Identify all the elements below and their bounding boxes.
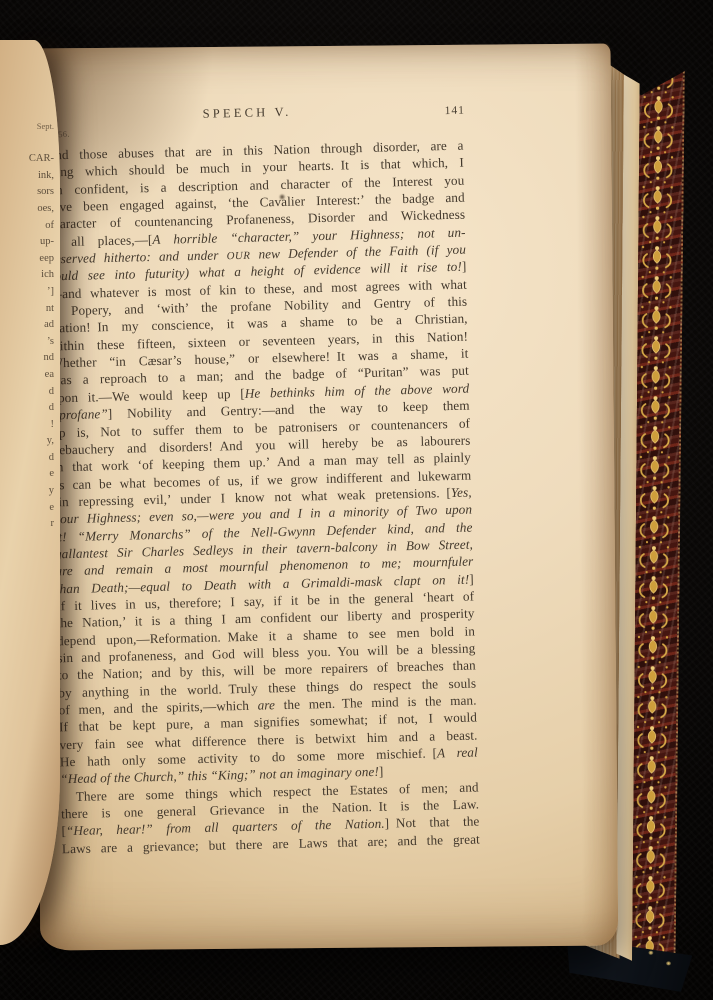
left-page-fragment: y bbox=[8, 483, 54, 500]
left-page-fragment: ich bbox=[8, 267, 54, 284]
page-number: 141 bbox=[445, 105, 466, 117]
left-page-fragment: nd bbox=[8, 350, 54, 367]
left-page-sliver: Sept.CAR-ink,sorsoes,ofup-eepich’]ntad’s… bbox=[0, 40, 60, 945]
left-page-fragment: up- bbox=[8, 234, 54, 251]
left-page-fragment: ! bbox=[8, 417, 54, 434]
left-page-fragment: ad bbox=[8, 317, 54, 334]
page-surface: SPEECH V. 141 1656. And those abuses tha… bbox=[27, 39, 626, 954]
left-page-fragment: Sept. bbox=[8, 118, 54, 135]
left-page-text-fragments: Sept.CAR-ink,sorsoes,ofup-eepich’]ntad’s… bbox=[8, 118, 54, 533]
left-page-fragment: y, bbox=[8, 433, 54, 450]
left-page-fragment: CAR- bbox=[8, 151, 54, 168]
gold-speck bbox=[648, 951, 653, 955]
left-page-fragment: d bbox=[8, 384, 54, 401]
gold-speck bbox=[666, 961, 671, 965]
left-page-fragment: ’s bbox=[8, 334, 54, 351]
book-page: SPEECH V. 141 1656. And those abuses tha… bbox=[32, 43, 618, 950]
left-page-fragment: r bbox=[8, 516, 54, 533]
left-page-fragment bbox=[8, 135, 54, 152]
running-title: SPEECH V. bbox=[203, 105, 292, 122]
left-page-fragment: nt bbox=[8, 301, 54, 318]
left-page-fragment: sors bbox=[8, 184, 54, 201]
left-page-fragment: of bbox=[8, 218, 54, 235]
left-page-fragment: ’] bbox=[8, 284, 54, 301]
left-page-fragment: e bbox=[8, 500, 54, 517]
left-page-fragment: oes, bbox=[8, 201, 54, 218]
page-text: And those abuses that are in this Nation… bbox=[45, 137, 480, 858]
left-page-fragment: ink, bbox=[8, 168, 54, 185]
left-page-fragment: d bbox=[8, 400, 54, 417]
left-page-fragment: e bbox=[8, 466, 54, 483]
left-page-fragment: eep bbox=[8, 251, 54, 268]
left-page-fragment: ea bbox=[8, 367, 54, 384]
left-page-fragment: d bbox=[8, 450, 54, 467]
